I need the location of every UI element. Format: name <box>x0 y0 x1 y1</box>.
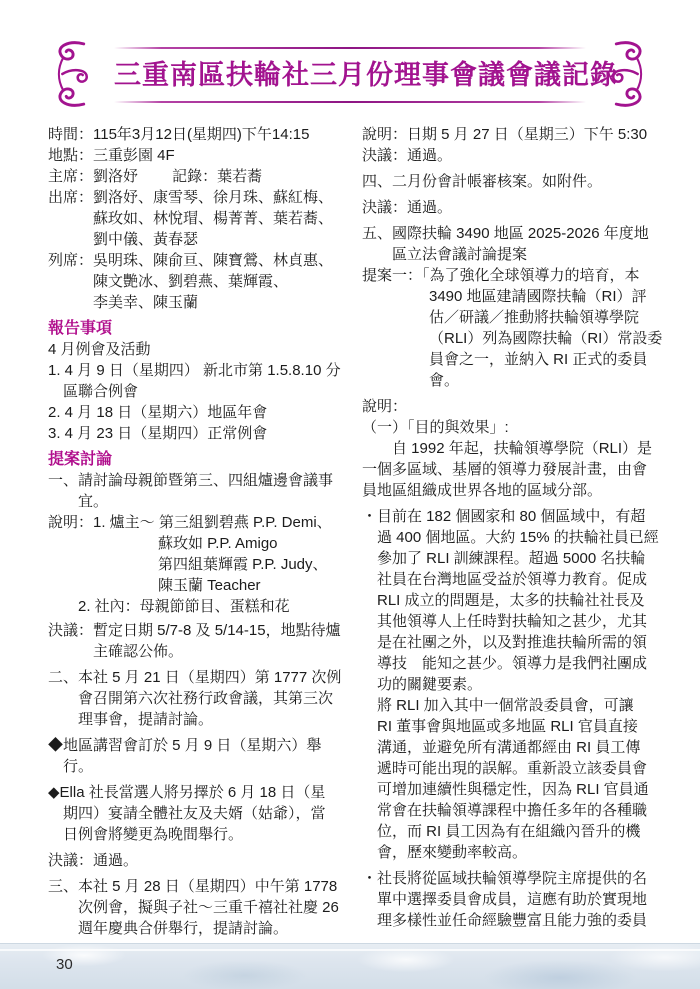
text-line: 陳玉蘭 Teacher <box>48 575 350 596</box>
text-line: 參加了 RLI 訓練課程。超過 5000 名扶輪 <box>362 548 664 569</box>
text-line: 決議：通過。 <box>362 197 664 218</box>
text-line: 1. 4 月 9 日（星期四） 新北市第 1.5.8.10 分 <box>48 360 350 381</box>
text-line: 期四）宴請全體社友及夫婿（姑爺），當 <box>48 803 350 824</box>
text-line: 位，而 RI 員工因為有在組織內晉升的機 <box>362 821 664 842</box>
section-heading-reports: 報告事項 <box>48 318 350 339</box>
text-line: 理多樣性並任命經驗豐富且能力強的委員 <box>362 910 664 931</box>
left-column: 時間：115年3月12日(星期四)下午14:15地點：三重彭園 4F主席：劉洛妤… <box>48 124 350 939</box>
attendees-line: 劉中儀、黃春瑟 <box>48 229 350 250</box>
text-line: 估／研議／推動將扶輪領導學院 <box>362 307 664 328</box>
attendees-line: 蘇玫如、林悅瑁、楊菁菁、葉若蕎、 <box>48 208 350 229</box>
meeting-time-line: 時間：115年3月12日(星期四)下午14:15 <box>48 124 350 145</box>
text-line: 理事會，提請討論。 <box>48 709 350 730</box>
page-number: 30 <box>56 956 73 973</box>
text-line: 導技 能知之甚少。領導力是我們社團成 <box>362 653 664 674</box>
right-column: 說明：日期 5 月 27 日（星期三）下午 5:30決議：通過。四、二月份會計帳… <box>362 124 664 939</box>
text-line: 週年慶典合併舉行，提請討論。 <box>48 918 350 939</box>
observers-line: 列席：吳明珠、陳俞亘、陳寶鶯、林貞惠、 <box>48 250 350 271</box>
title-rule-top <box>114 47 586 49</box>
text-line: 單中選擇委員會成員，這應有助於實現地 <box>362 889 664 910</box>
text-line: 五、國際扶輪 3490 地區 2025-2026 年度地 <box>362 223 664 244</box>
text-line: 蘇玫如 P.P. Amigo <box>48 533 350 554</box>
text-line: 會。 <box>362 370 664 391</box>
text-line: 日例會將變更為晚間舉行。 <box>48 824 350 845</box>
text-line: 自 1992 年起，扶輪領導學院（RLI）是 <box>362 438 664 459</box>
content-columns: 時間：115年3月12日(星期四)下午14:15地點：三重彭園 4F主席：劉洛妤… <box>48 124 664 939</box>
text-line: 一、請討論母親節暨第三、四組爐邊會議事 <box>48 470 350 491</box>
text-line: 3. 4 月 23 日（星期四）正常例會 <box>48 423 350 444</box>
flourish-icon <box>42 39 106 109</box>
footer-band: 30 <box>0 943 700 989</box>
text-line: 員地區組織成世界各地的區域分部。 <box>362 480 664 501</box>
text-line: 遞時可能出現的誤解。重新設立該委員會 <box>362 758 664 779</box>
text-line: 說明：1. 爐主～ 第三組劉碧燕 P.P. Demi、 <box>48 512 350 533</box>
chair-recorder-line: 主席：劉洛妤 記錄：葉若蕎 <box>48 166 350 187</box>
text-line: 3490 地區建請國際扶輪（RI）評 <box>362 286 664 307</box>
text-line: 次例會，擬與子社～三重千禧社社慶 26 <box>48 897 350 918</box>
text-line: 說明：日期 5 月 27 日（星期三）下午 5:30 <box>362 124 664 145</box>
text-line: ◆地區講習會訂於 5 月 9 日（星期六）舉 <box>48 735 350 756</box>
text-line: 員會之一，並納入 RI 正式的委員 <box>362 349 664 370</box>
observers-line: 陳文艷冰、劉碧燕、葉輝霞、 <box>48 271 350 292</box>
text-line: 提案一：「為了強化全球領導力的培育，本 <box>362 265 664 286</box>
text-line: 會召開第六次社務行政會議，其第三次 <box>48 688 350 709</box>
text-line: 區聯合例會 <box>48 381 350 402</box>
text-line: 決議：暫定日期 5/7-8 及 5/14-15，地點待爐 <box>48 620 350 641</box>
text-line: 區立法會議討論提案 <box>362 244 664 265</box>
text-line: 常會在扶輪領導課程中擔任多年的各種職 <box>362 800 664 821</box>
text-line: 2. 社內：母親節節目、蛋糕和花 <box>48 596 350 617</box>
text-line: 會，歷來變動率較高。 <box>362 842 664 863</box>
page-title: 三重南區扶輪社三月份理事會議會議記錄 <box>114 51 586 99</box>
text-line: 溝通，並避免所有溝通都經由 RI 員工傳 <box>362 737 664 758</box>
text-line: 三、本社 5 月 28 日（星期四）中午第 1778 <box>48 876 350 897</box>
document-page: 三重南區扶輪社三月份理事會議會議記錄 時間：115年3月12日(星期四)下午14… <box>0 0 700 989</box>
text-line: 決議：通過。 <box>362 145 664 166</box>
section-heading-proposals: 提案討論 <box>48 449 350 470</box>
text-line: （一）「目的與效果」: <box>362 417 664 438</box>
bullet-line: ・目前在 182 個國家和 80 個區域中，有超 <box>362 506 664 527</box>
text-line: 社員在台灣地區受益於領導力教育。促成 <box>362 569 664 590</box>
text-line: 宜。 <box>48 491 350 512</box>
text-line: 決議：通過。 <box>48 850 350 871</box>
text-line: 2. 4 月 18 日（星期六）地區年會 <box>48 402 350 423</box>
text-line: 行。 <box>48 756 350 777</box>
text-line: 是在社團之外，以及對推進扶輪所需的領 <box>362 632 664 653</box>
text-line: 二、本社 5 月 21 日（星期四）第 1777 次例 <box>48 667 350 688</box>
title-banner: 三重南區扶輪社三月份理事會議會議記錄 <box>40 36 660 114</box>
text-line: 第四組葉輝霞 P.P. Judy、 <box>48 554 350 575</box>
text-line: 過 400 個地區。大約 15% 的扶輪社員已經 <box>362 527 664 548</box>
meeting-place-line: 地點：三重彭園 4F <box>48 145 350 166</box>
text-line: 一個多區域、基層的領導力發展計畫，由會 <box>362 459 664 480</box>
text-line: ◆Ella 社長當選人將另擇於 6 月 18 日（星 <box>48 782 350 803</box>
text-line: 主確認公佈。 <box>48 641 350 662</box>
text-line: 可增加連續性與穩定性，因為 RLI 官員通 <box>362 779 664 800</box>
flourish-icon <box>594 39 658 109</box>
text-line: 說明： <box>362 396 664 417</box>
text-line: 4 月例會及活動 <box>48 339 350 360</box>
text-line: RLI 成立的問題是，太多的扶輪社社長及 <box>362 590 664 611</box>
observers-line: 李美幸、陳玉蘭 <box>48 292 350 313</box>
text-line: 功的關鍵要素。 <box>362 674 664 695</box>
bullet-line: ・社長將從區域扶輪領導學院主席提供的名 <box>362 868 664 889</box>
title-rule-bottom <box>114 101 586 103</box>
text-line: （RLI）列為國際扶輪（RI）常設委 <box>362 328 664 349</box>
text-line: 其他領導人上任時對扶輪知之甚少，尤其 <box>362 611 664 632</box>
text-line: 將 RLI 加入其中一個常設委員會，可讓 <box>362 695 664 716</box>
attendees-line: 出席：劉洛妤、康雪琴、徐月珠、蘇紅梅、 <box>48 187 350 208</box>
text-line: 四、二月份會計帳審核案。如附件。 <box>362 171 664 192</box>
text-line: RI 董事會與地區或多地區 RLI 官員直接 <box>362 716 664 737</box>
